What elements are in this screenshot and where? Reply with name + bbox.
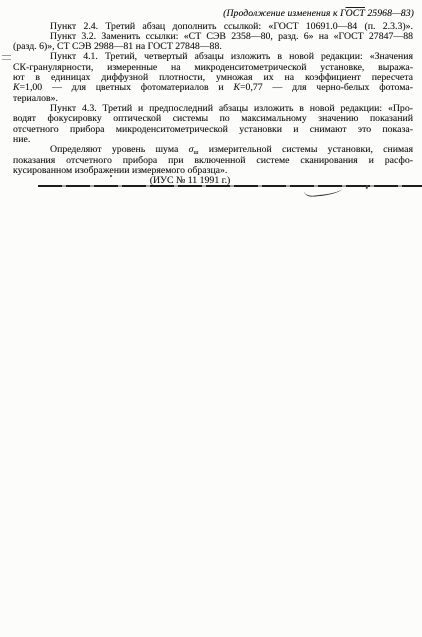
separator-rule bbox=[38, 185, 422, 187]
text-line-p4-3: отсчетного прибора микроденситометрическ… bbox=[13, 125, 413, 135]
text-segment: Определяют уровень шума bbox=[50, 144, 189, 155]
ink-comma-mark bbox=[365, 185, 368, 189]
continuation-header: (Продолжение изменения к ГОСТ 25968—83) bbox=[223, 8, 414, 19]
text-segment: =1,00 — для цветных фотоматериалов и bbox=[20, 82, 234, 93]
text-segment: измерительной системы установки, снимая bbox=[198, 144, 413, 155]
left-edge-scan-marks bbox=[2, 55, 11, 60]
header-gost-overline: ОСТ bbox=[346, 8, 365, 19]
header-text-pre: (Продолжение изменения к Г bbox=[223, 8, 346, 19]
document-body: Пункт 2.4. Третий абзац дополнить ссылко… bbox=[13, 22, 413, 187]
header-text-post: 25968—83) bbox=[365, 8, 414, 19]
ink-dot bbox=[110, 175, 112, 177]
pen-stroke-mark bbox=[304, 187, 342, 198]
text-line-p3-4: К=1,00 — для цветных фотоматериалов и К=… bbox=[13, 83, 413, 93]
document-page: (Продолжение изменения к ГОСТ 25968—83) … bbox=[0, 0, 422, 637]
text-segment: =0,77 — для черно-белых фотома- bbox=[240, 82, 413, 93]
